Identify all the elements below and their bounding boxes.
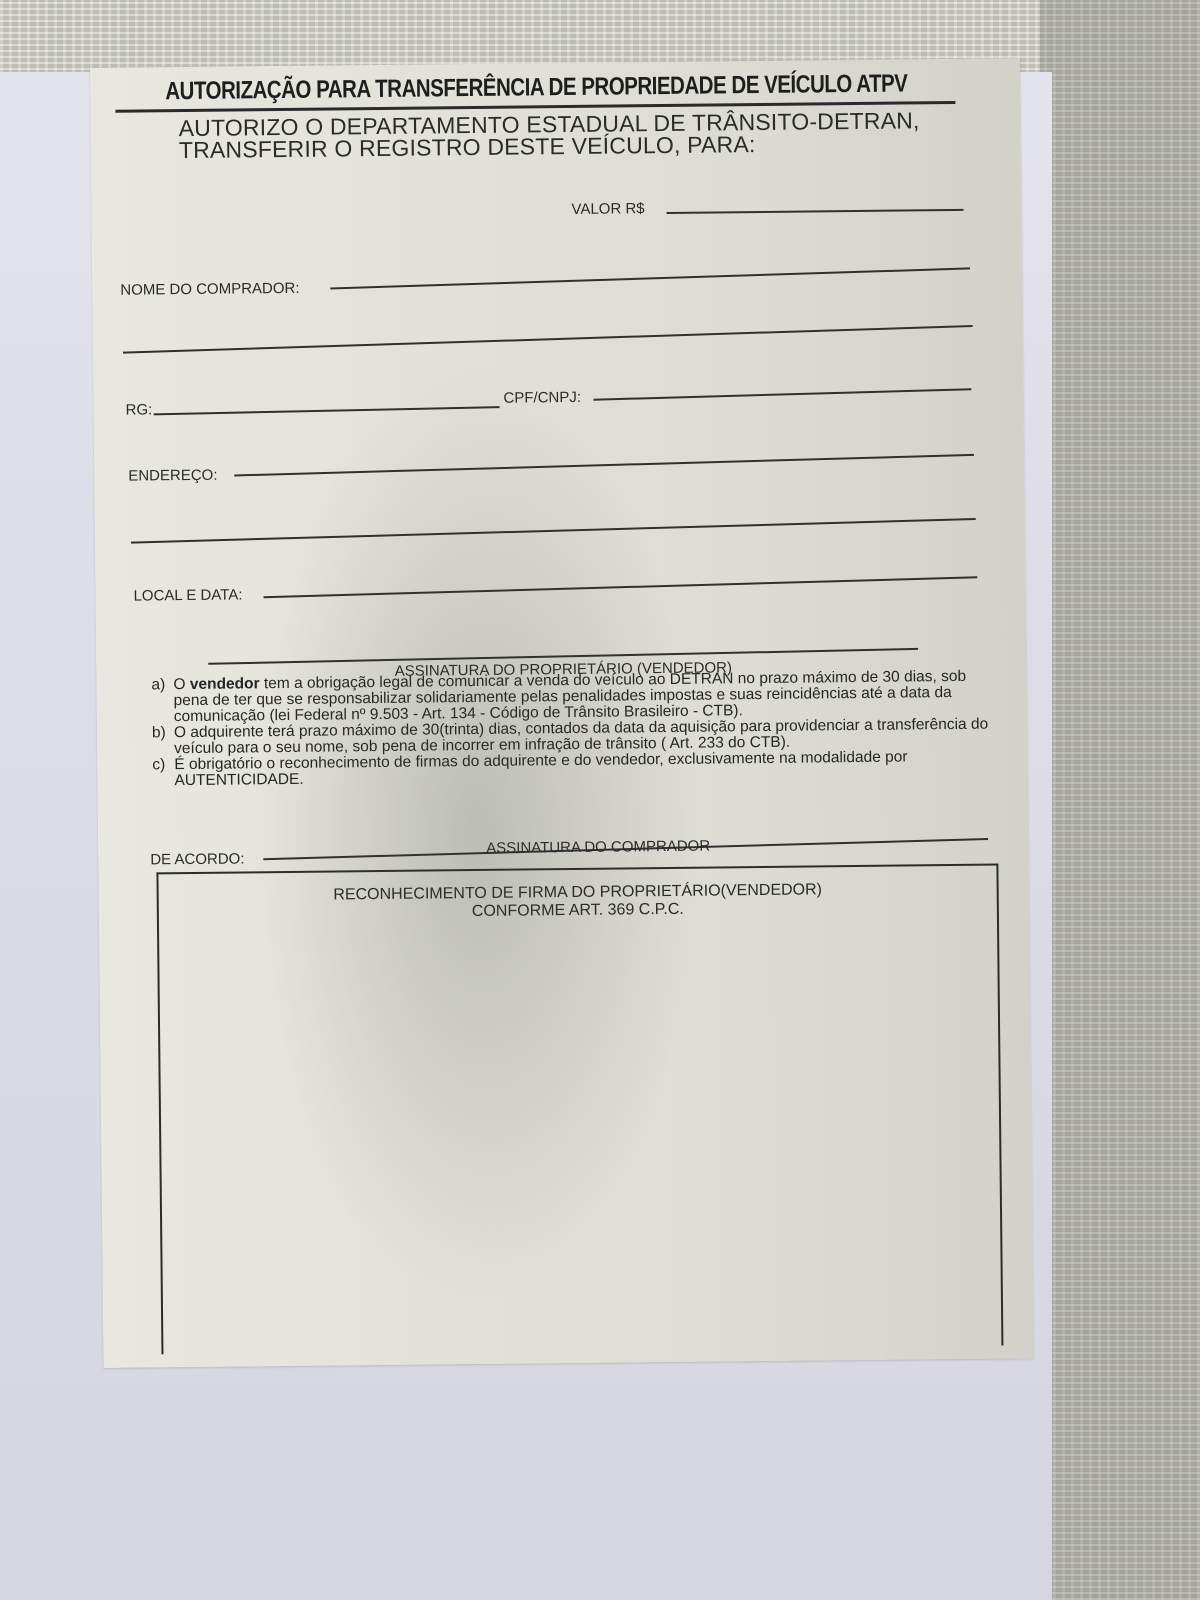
valor-label: VALOR R$ xyxy=(571,200,644,218)
address-label: ENDEREÇO: xyxy=(128,467,217,485)
atpv-form-card: AUTORIZAÇÃO PARA TRANSFERÊNCIA DE PROPRI… xyxy=(90,58,1034,1368)
note-c: c) É obrigatório o reconhecimento de fir… xyxy=(152,749,992,790)
agreement-label: DE ACORDO: xyxy=(150,850,244,868)
notary-recognition-box: RECONHECIMENTO DE FIRMA DO PROPRIETÁRIO(… xyxy=(156,864,1003,1355)
buyer-signature-label: ASSINATURA DO COMPRADOR xyxy=(398,837,798,858)
address-field-line-2[interactable] xyxy=(131,518,976,544)
cpf-cnpj-label: CPF/CNPJ: xyxy=(503,389,581,407)
form-title: AUTORIZAÇÃO PARA TRANSFERÊNCIA DE PROPRI… xyxy=(165,69,907,106)
cpf-cnpj-field[interactable] xyxy=(593,388,971,401)
place-date-field[interactable] xyxy=(264,576,978,598)
address-field[interactable] xyxy=(234,454,974,477)
valor-field[interactable] xyxy=(667,209,964,214)
buyer-name-field[interactable] xyxy=(330,267,970,289)
authorization-line-2: TRANSFERIR O REGISTRO DESTE VEÍCULO, PAR… xyxy=(179,131,756,164)
buyer-name-label: NOME DO COMPRADOR: xyxy=(120,280,299,299)
legal-notes: a) O vendedor tem a obrigação legal de c… xyxy=(151,669,992,790)
buyer-name-field-line-2[interactable] xyxy=(123,325,973,354)
rg-label: RG: xyxy=(125,401,152,418)
wall-background xyxy=(1040,0,1200,1600)
place-date-label: LOCAL E DATA: xyxy=(133,586,242,604)
rg-field[interactable] xyxy=(154,406,500,415)
